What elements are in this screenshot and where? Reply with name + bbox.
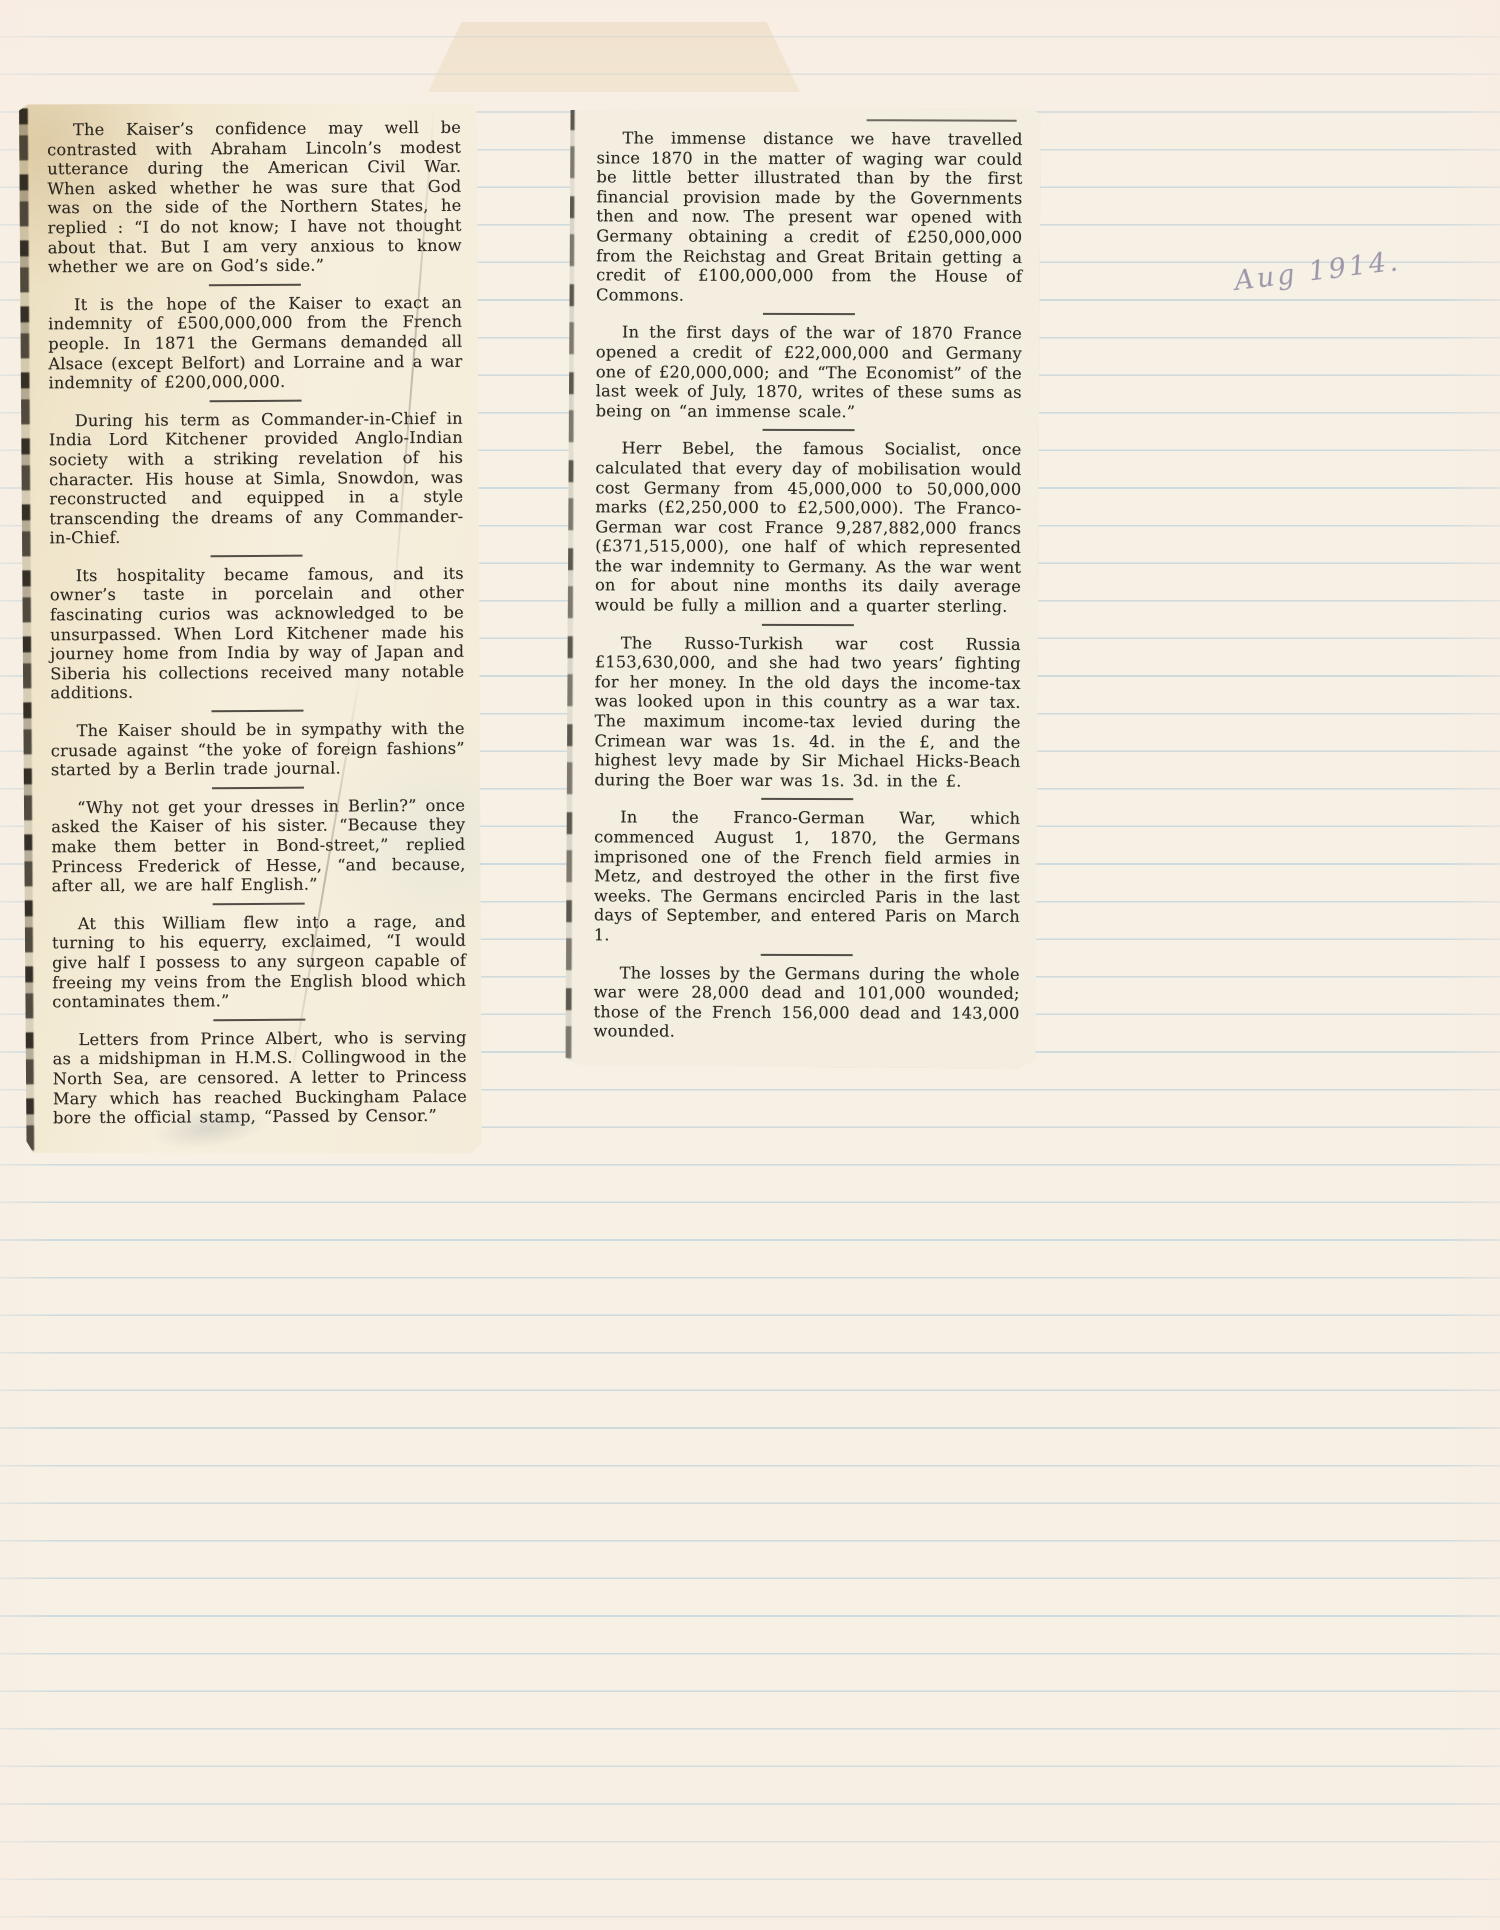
paper-tab-mark (428, 22, 800, 92)
clipping-paragraph: Its hospitality became famous, and its o… (50, 564, 465, 704)
paragraph-divider (213, 902, 305, 905)
newspaper-clipping-left: The Kaiser’s confidence may well be cont… (19, 102, 483, 1156)
paragraph-divider (761, 953, 853, 955)
clipping-paragraph: The Kaiser’s confidence may well be cont… (47, 118, 462, 277)
clipping-paragraph: “Why not get your dresses in Berlin?” on… (51, 796, 466, 896)
paragraph-divider (761, 798, 853, 800)
paragraph-divider (763, 429, 855, 431)
newspaper-clipping-right: The immense distance we have travelled s… (565, 106, 1040, 1069)
handwritten-date-annotation: Aug 1914. (1233, 246, 1403, 297)
paragraph-divider (211, 710, 303, 713)
clipping-paragraph: Herr Bebel, the famous Socialist, once c… (595, 439, 1022, 617)
paragraph-divider (213, 1018, 305, 1021)
clipping-paragraph: The Kaiser should be in sympathy with th… (51, 719, 465, 780)
clipping-paragraph: During his term as Commander-in-Chief in… (49, 408, 464, 548)
scrapbook-page: The Kaiser’s confidence may well be cont… (0, 0, 1500, 1930)
paragraph-divider (762, 624, 854, 626)
clipping-paragraph: At this William flew into a rage, and tu… (52, 911, 467, 1011)
clipping-paragraph: The Russo-Turkish war cost Russia £153,6… (594, 633, 1021, 791)
clipping-paragraph: The losses by the Germans during the who… (593, 963, 1019, 1043)
clipping-paragraph: The immense distance we have travelled s… (596, 128, 1023, 306)
clipping-top-rule (867, 119, 1017, 122)
paragraph-divider (210, 399, 302, 402)
paragraph-divider (211, 555, 303, 558)
clipping-paragraph: In the first days of the war of 1870 Fra… (596, 323, 1022, 422)
clipping-paragraph: It is the hope of the Kaiser to exact an… (48, 292, 463, 392)
paragraph-divider (763, 313, 855, 315)
paragraph-divider (212, 786, 304, 789)
clipping-paragraph: In the Franco-German War, which commence… (594, 808, 1020, 947)
paragraph-divider (209, 283, 301, 286)
